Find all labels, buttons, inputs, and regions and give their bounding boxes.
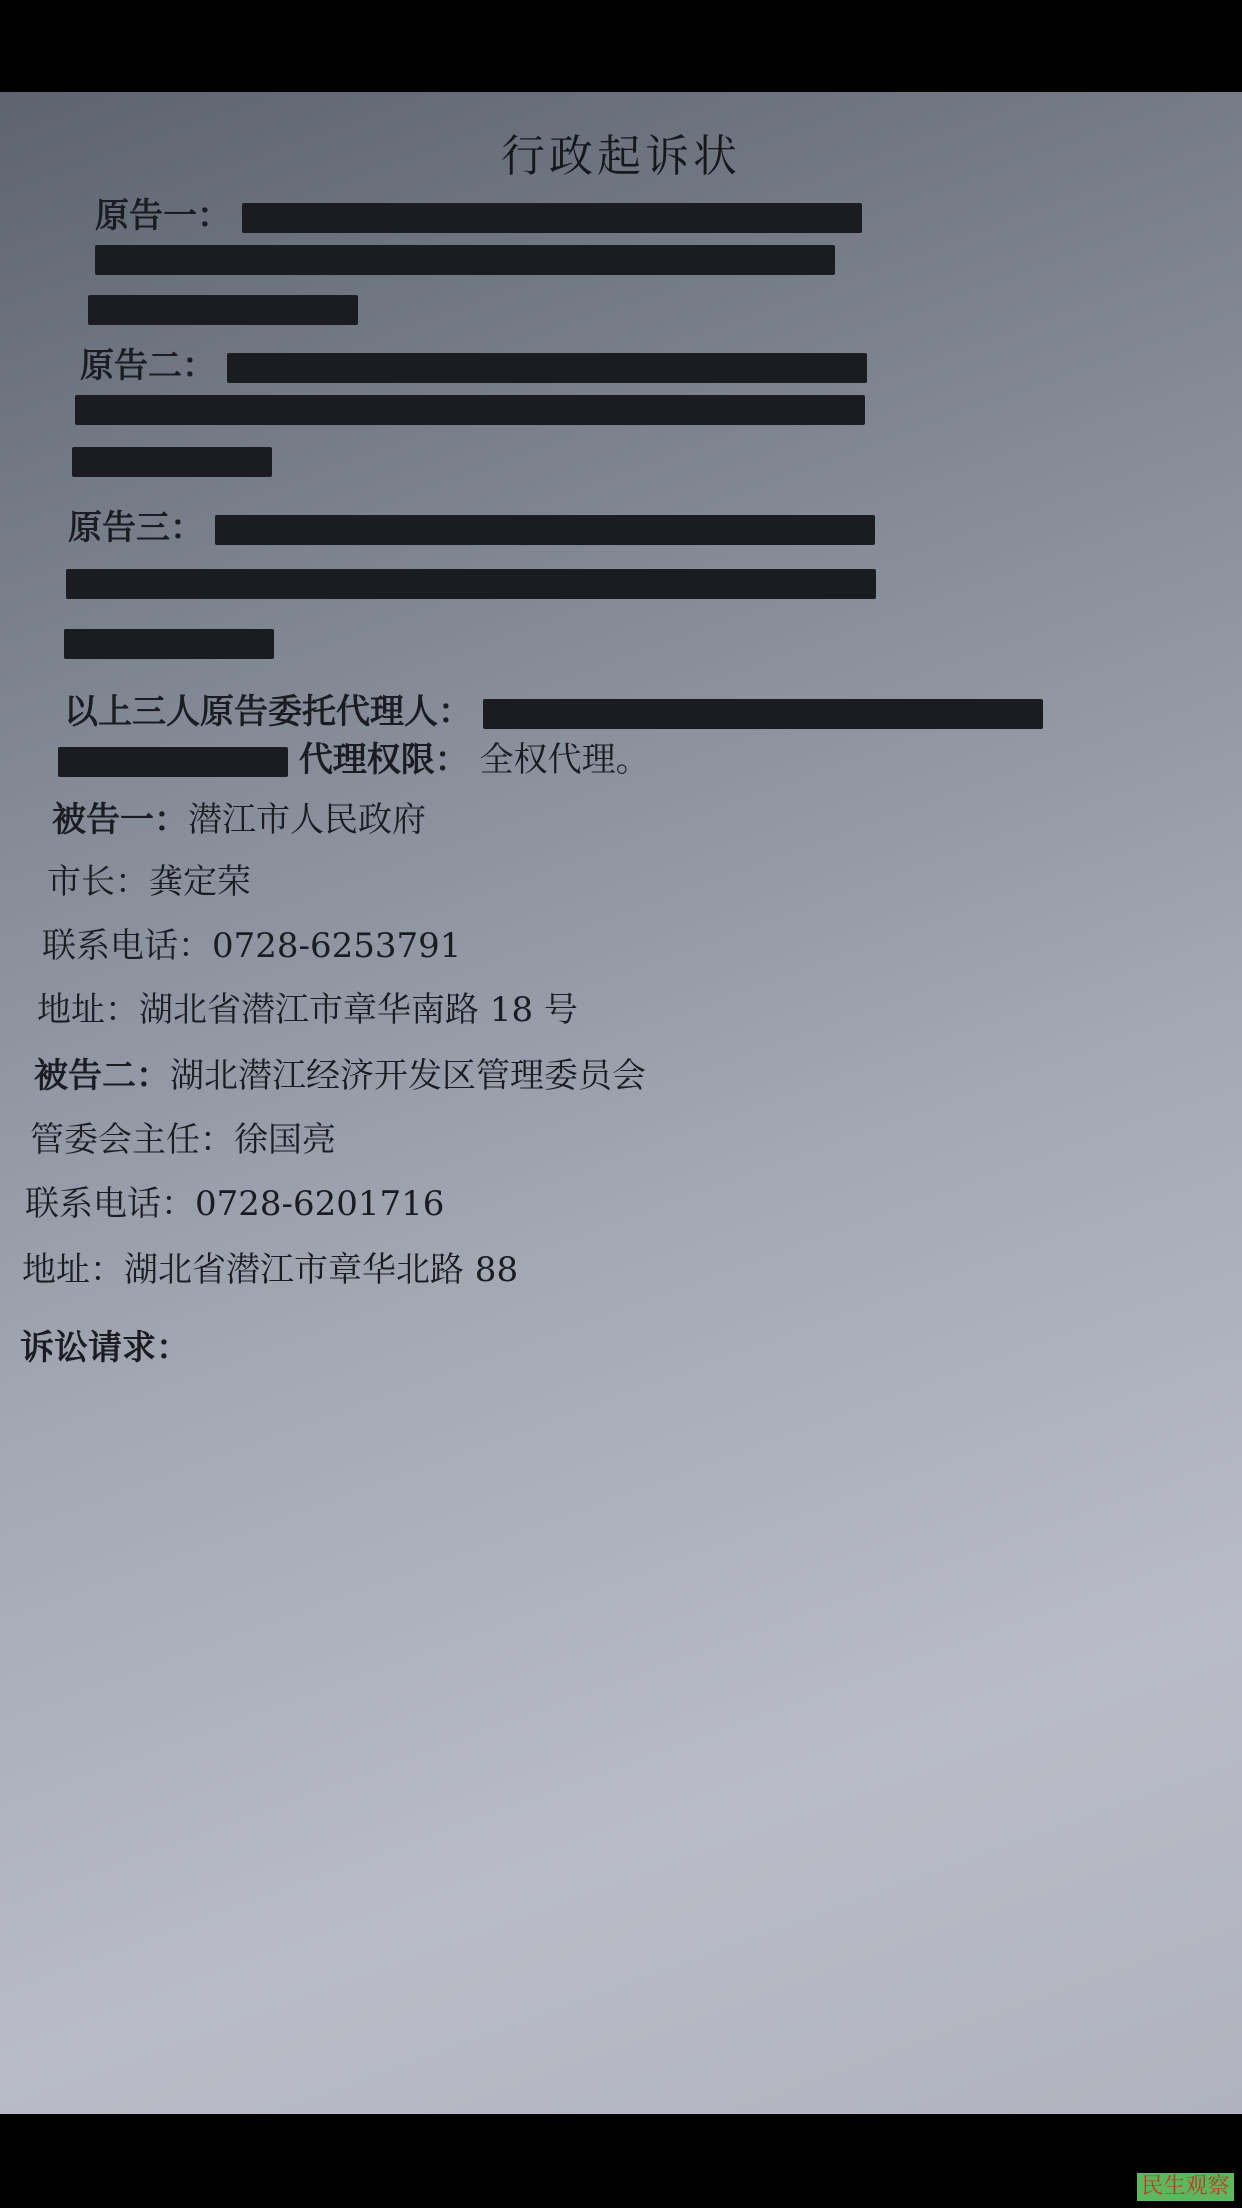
defendant-two-address: 地址：湖北省潜江市章华北路 88 (22, 1242, 518, 1291)
defendant-one-address-label: 地址： (37, 990, 139, 1030)
defendant-two-head-label: 管委会主任： (30, 1120, 234, 1160)
plaintiff-one-cont-2 (88, 288, 358, 328)
plaintiff-two-redacted-2 (75, 395, 865, 425)
agent-authority-value: 全权代理。 (480, 740, 650, 780)
agent-redacted (483, 699, 1043, 729)
defendant-two-phone-value: 0728-6201716 (195, 1184, 444, 1224)
plaintiff-two-redacted (227, 353, 867, 383)
defendant-two-address-value: 湖北省潜江市章华北路 88 (124, 1250, 518, 1290)
plaintiff-one-redacted (242, 203, 862, 233)
plaintiff-two: 原告二： (80, 338, 867, 387)
agent-label: 以上三人原告委托代理人： (64, 692, 472, 732)
defendant-two-head-name: 徐国亮 (234, 1120, 336, 1160)
document-page: 行政起诉状 原告一： 原告二： 原告三： 以上三人原告委托代理人： 代理权限： … (0, 92, 1242, 2114)
plaintiff-one-label: 原告一： (95, 196, 231, 236)
agent-authority-label: 代理权限： (299, 740, 469, 780)
agent-redacted-2 (58, 747, 288, 777)
plaintiff-one-redacted-3 (88, 295, 358, 325)
defendant-two-address-label: 地址： (22, 1250, 124, 1290)
defendant-two: 被告二：湖北潜江经济开发区管理委员会 (34, 1048, 646, 1097)
defendant-one-name: 潜江市人民政府 (188, 800, 426, 840)
defendant-one: 被告一：潜江市人民政府 (52, 792, 426, 841)
defendant-one-phone: 联系电话：0728-6253791 (42, 918, 461, 967)
defendant-two-label: 被告二： (34, 1056, 170, 1096)
plaintiff-one-redacted-2 (95, 245, 835, 275)
defendant-two-phone-label: 联系电话： (25, 1184, 195, 1224)
claims-heading: 诉讼请求： (20, 1320, 190, 1369)
defendant-one-phone-label: 联系电话： (42, 926, 212, 966)
plaintiff-two-cont-2 (72, 440, 272, 480)
defendant-two-phone: 联系电话：0728-6201716 (25, 1176, 444, 1225)
plaintiff-two-redacted-3 (72, 447, 272, 477)
defendant-one-address: 地址：湖北省潜江市章华南路 18 号 (37, 982, 578, 1031)
watermark-logo: 民生观察 (1137, 2173, 1234, 2201)
defendant-one-phone-value: 0728-6253791 (212, 926, 461, 966)
defendant-one-label: 被告一： (52, 800, 188, 840)
plaintiff-three-redacted-3 (64, 629, 274, 659)
plaintiff-one: 原告一： (95, 188, 862, 237)
defendant-two-name: 湖北潜江经济开发区管理委员会 (170, 1056, 646, 1096)
plaintiff-two-label: 原告二： (80, 346, 216, 386)
defendant-one-head-name: 龚定荣 (149, 862, 251, 902)
plaintiff-three-redacted-2 (66, 569, 876, 599)
agent-authority: 代理权限： 全权代理。 (58, 732, 650, 781)
agent: 以上三人原告委托代理人： (64, 684, 1043, 733)
plaintiff-three-cont (66, 562, 876, 602)
bottom-black-bar (0, 2114, 1242, 2208)
defendant-two-head: 管委会主任：徐国亮 (30, 1112, 336, 1161)
plaintiff-three-cont-2 (64, 622, 274, 662)
document-title: 行政起诉状 (0, 120, 1242, 184)
defendant-one-head: 市长：龚定荣 (47, 854, 251, 903)
plaintiff-two-cont (75, 388, 865, 428)
plaintiff-three: 原告三： (68, 500, 875, 549)
defendant-one-head-label: 市长： (47, 862, 149, 902)
plaintiff-three-redacted (215, 515, 875, 545)
top-black-bar (0, 0, 1242, 92)
plaintiff-one-cont (95, 238, 835, 278)
plaintiff-three-label: 原告三： (68, 508, 204, 548)
defendant-one-address-value: 湖北省潜江市章华南路 18 号 (139, 990, 578, 1030)
